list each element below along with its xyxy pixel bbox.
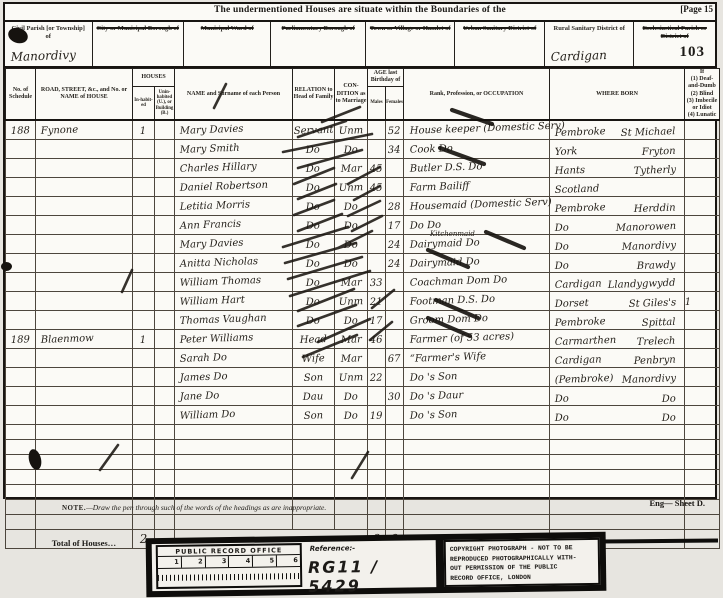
born-county: Hants [555,165,586,177]
cell-relation: Do [293,197,335,216]
cell-condition: Do [335,387,368,406]
cell-disability [685,330,720,349]
district-cell-label: City or Municipal Borough of [97,25,179,33]
cell-where-born: HantsTytherly [550,159,685,178]
ruler-number: 6 [277,555,300,566]
empty-cell [386,425,404,440]
where-born-wrap: CardiganPenbryn [550,356,684,367]
col-header-schedule: No. of Schedule [6,69,36,121]
cell-age-female: 30 [386,387,404,406]
born-county: Do [555,261,569,272]
ruler-number: 2 [182,556,206,567]
empty-cell [368,440,386,455]
totals-schedule-cell [6,530,36,549]
cell-name-text: William Thomas [175,275,262,289]
cell-address [36,406,133,425]
cell-disability [685,140,720,159]
cell-inhabited [133,140,155,159]
cell-address [36,349,133,368]
empty-cell [404,440,550,455]
person-row: Sarah DoWifeMar67“Farmer's WifeCardiganP… [6,349,720,368]
cell-name-text: Ann Francis [175,219,242,232]
cell-schedule [6,178,36,197]
cell-age-male-text: 22 [370,373,383,384]
cell-age-female: 52 [386,120,404,140]
col-header-disability: If(1) Deaf-and-Dumb(2) Blind(3) Imbecile… [685,69,720,121]
empty-cell [550,440,685,455]
cell-age-male [368,349,386,368]
col-header-inhabited: In-habit-ed [133,98,154,109]
cell-address [36,273,133,292]
cell-disability [685,349,720,368]
cell-address-text: Blaenmow [36,333,94,346]
empty-cell [293,425,335,440]
cell-inhabited [133,311,155,330]
empty-cell [550,425,685,440]
cell-relation-text: Dau [303,392,324,404]
empty-cell [404,455,550,470]
empty-cell [6,515,36,530]
empty-cell [404,470,550,485]
empty-cell [685,425,720,440]
empty-cell [6,485,36,500]
cell-age-female: 17 [386,216,404,235]
cell-address [36,254,133,273]
reference-label: Reference:- [310,544,355,553]
cell-name-text: William Do [175,409,236,422]
occupation-text: Coachman Dom Do [404,275,508,290]
cell-uninhabited [155,254,175,273]
cell-age-female [386,330,404,349]
cell-where-born: DoBrawdy [550,254,685,273]
cell-condition-text: Mar [340,354,361,366]
cell-condition-text: Do [344,221,358,232]
cell-schedule [6,197,36,216]
cell-where-born: Scotland [550,178,685,197]
census-page: { "page": { "title": "The undermentioned… [0,0,723,598]
cell-address [36,387,133,406]
empty-cell [133,425,155,440]
cell-condition: Do [335,140,368,159]
cell-name: William Do [175,406,293,425]
empty-cell [386,515,404,530]
col-header-where-born: WHERE BORN [550,69,685,121]
pro-ruler-box: PUBLIC RECORD OFFICE 123456 [156,543,303,589]
empty-cell [685,440,720,455]
cell-name: Thomas Vaughan [175,311,293,330]
empty-cell [155,425,175,440]
cell-inhabited: 1 [133,120,155,140]
cell-occupation: Butler D.S. Do [404,159,550,178]
cell-relation: Do [293,254,335,273]
cell-schedule: 188 [6,120,36,140]
where-born-wrap: YorkFryton [550,147,684,158]
cell-disability [685,235,720,254]
cell-relation: Servant [293,120,335,140]
empty-cell [404,515,550,530]
cell-inhabited-text: 1 [140,335,147,346]
cell-condition: Do [335,235,368,254]
ink-blot [1,262,12,271]
cell-address [36,178,133,197]
cell-name-text: Mary Davies [175,238,244,251]
empty-cell [368,455,386,470]
cell-where-born: PembrokeSt Michael [550,120,685,140]
cell-age-male-text: 45 [370,164,383,175]
district-cell-value: 103 [680,43,706,62]
born-place: Brawdy [637,260,676,272]
cell-address: Fynone [36,120,133,140]
cell-disability [685,120,720,140]
person-row: William DoSonDo19Do 's SonDoDo [6,406,720,425]
disability-header-line: (3) Imbecile or Idiot [685,98,719,112]
person-row: Anitta NicholasDoDo24Dairymaid DoDoBrawd… [6,254,720,273]
cell-condition: Do [335,311,368,330]
cell-age-female: 28 [386,197,404,216]
cell-inhabited [133,368,155,387]
person-row: James DoSonUnm22Do 's Son(Pembroke)Manor… [6,368,720,387]
cell-age-male: 45 [368,159,386,178]
cell-age-male-text: 17 [370,316,383,327]
empty-cell [175,470,293,485]
cell-schedule [6,406,36,425]
empty-cell [386,455,404,470]
cell-inhabited [133,235,155,254]
occupation-text: Do 's Son [404,409,458,422]
cell-where-born: DoDo [550,387,685,406]
col-header-occupation: Rank, Profession, or OCCUPATION [404,69,550,121]
cell-age-male [368,387,386,406]
empty-cell [175,485,293,500]
empty-cell [550,455,685,470]
col-header-age: AGE last Birthday of [368,69,404,87]
cell-name-text: William Hart [175,295,245,308]
born-place: St Giles's [628,298,676,311]
cell-name-text: Daniel Robertson [175,180,269,194]
empty-cell [155,485,175,500]
cell-schedule [6,311,36,330]
cell-age-male: 22 [368,368,386,387]
person-row: William HartDoUnm21Footman D.S. DoDorset… [6,292,720,311]
cell-name: William Thomas [175,273,293,292]
cell-age-male [368,216,386,235]
occupation-text: Cook Do [404,144,453,157]
cell-relation: Wife [293,349,335,368]
empty-cell [133,485,155,500]
born-place: Penbryn [634,355,676,367]
cell-relation-text: Do [306,183,320,194]
cell-address [36,197,133,216]
cell-condition-text: Do [344,316,358,327]
cell-address [36,140,133,159]
ruler-number: 1 [158,557,182,568]
district-cell-value: Manordivy [10,48,76,65]
cell-disability [685,159,720,178]
disability-header-line: (1) Deaf-and-Dumb [685,76,719,90]
empty-cell [293,485,335,500]
cell-inhabited [133,349,155,368]
person-row: Daniel RobertsonDoUnm45Farm BailiffScotl… [6,178,720,197]
col-header-uninhabited: Unin-habited (U.), or Building (B.) [155,90,174,116]
cell-address [36,311,133,330]
cell-name: Anitta Nicholas [175,254,293,273]
occupation-text: Dairymaid Do [404,257,480,271]
district-cell: Parliamentary Borough of [271,22,365,66]
cell-condition: Mar [335,330,368,349]
cell-condition-text: Mar [340,335,361,347]
empty-cell [386,470,404,485]
district-cell: Town or Village or Hamlet of [366,22,456,66]
cell-schedule [6,292,36,311]
born-county: Cardigan [555,279,602,292]
cell-age-female-text: 34 [388,145,401,156]
cell-occupation: Farmer (of 53 acres) [404,330,550,349]
empty-cell [685,470,720,485]
cell-relation: Do [293,216,335,235]
cell-name-text: Letitia Morris [175,200,251,214]
empty-cell [404,500,550,515]
cell-schedule-text: 188 [11,126,30,138]
cell-inhabited [133,387,155,406]
empty-row [6,455,720,470]
pro-stamp-strip: PUBLIC RECORD OFFICE 123456 Reference:- … [146,532,607,597]
person-row: Ann FrancisDoDo17Do DoDoManorowen [6,216,720,235]
cell-schedule [6,235,36,254]
cell-address [36,159,133,178]
cell-occupation: Footman D.S. Do [404,292,550,311]
district-cell: Rural Sanitary District ofCardigan [545,22,635,66]
empty-cell [175,455,293,470]
cell-uninhabited [155,216,175,235]
empty-cell [368,425,386,440]
where-born-wrap: HantsTytherly [550,166,684,177]
person-row: Jane DoDauDo30Do 's DaurDoDo [6,387,720,406]
empty-cell [335,515,368,530]
born-place: Manorowen [615,221,676,234]
cell-relation: Do [293,159,335,178]
cell-disability [685,387,720,406]
cell-age-female-text: 67 [388,354,401,365]
cell-occupation: “Farmer's Wife [404,349,550,368]
footnote-prefix: NOTE. [62,504,86,512]
cell-where-born: CardiganPenbryn [550,349,685,368]
cell-condition: Do [335,254,368,273]
cell-age-female [386,406,404,425]
cell-age-male: 17 [368,311,386,330]
where-born-wrap: PembrokeHerddin [550,204,684,215]
form-title: The undermentioned Houses are situate wi… [5,5,715,15]
cell-relation-text: Do [306,297,320,308]
person-row: 188Fynone1Mary DaviesServantUnm52House k… [6,120,720,140]
census-sheet: The undermentioned Houses are situate wi… [3,2,717,499]
cell-age-female-text: 52 [388,126,401,137]
cell-occupation: Do Do [404,216,550,235]
empty-cell [368,500,386,515]
cell-disability [685,368,720,387]
cell-condition-text: Do [344,240,358,251]
born-county: Scotland [555,184,600,197]
occupation-text: House keeper (Domestic Serv) [404,121,565,138]
cell-relation: Do [293,235,335,254]
cell-occupation: Housemaid (Domestic Serv) [404,197,550,216]
copyright-box: COPYRIGHT PHOTOGRAPH - NOT TO BEREPRODUC… [444,538,601,587]
born-county: Cardigan [555,355,602,368]
occupation-text: Farm Bailiff [404,181,470,194]
cell-name: Mary Davies [175,120,293,140]
born-place: Do [662,394,676,405]
empty-cell [550,515,685,530]
cell-condition-text: Unm [338,296,363,308]
empty-cell [685,515,720,530]
cell-condition-text: Do [344,411,358,422]
cell-condition-text: Unm [338,182,363,194]
cell-name-text: Jane Do [175,391,220,404]
cell-condition-text: Mar [340,164,361,176]
cell-schedule [6,216,36,235]
cell-inhabited [133,159,155,178]
ruler-number: 5 [253,555,277,566]
district-header-row: Civil Parish [or Township] ofManordivyCi… [5,22,715,68]
district-cell-label: Rural Sanitary District of [554,25,625,33]
cell-age-male: 46 [368,330,386,349]
where-born-wrap: PembrokeSt Michael [550,128,684,139]
cell-condition-text: Do [344,145,358,156]
table-header: No. of Schedule ROAD, STREET, &c., and N… [6,69,720,121]
born-county: Do [555,394,569,405]
cell-condition-text: Mar [340,278,361,290]
cell-uninhabited [155,311,175,330]
person-row: Charles HillaryDoMar45Butler D.S. DoHant… [6,159,720,178]
cell-uninhabited [155,292,175,311]
cell-relation-text: Head [300,334,327,346]
table-body: 188Fynone1Mary DaviesServantUnm52House k… [6,120,720,530]
col-header-males: Males [368,100,385,105]
cell-relation-text: Do [306,164,320,175]
cell-age-male: 21 [368,292,386,311]
cell-inhabited [133,406,155,425]
cell-condition: Unm [335,368,368,387]
cell-condition: Unm [335,292,368,311]
cell-condition-text: Do [344,202,358,213]
born-place: Herddin [634,203,676,215]
cell-where-born: DoManorowen [550,216,685,235]
cell-age-male-text: 19 [370,411,383,422]
census-table: No. of Schedule ROAD, STREET, &c., and N… [5,68,720,549]
cell-address [36,368,133,387]
where-born-wrap: CardiganLlandygwydd [550,280,684,291]
cell-age-female [386,292,404,311]
cell-occupation: KitchenmaidDairymaid Do [404,235,550,254]
cell-relation-text: Do [306,259,320,270]
title-bar: The undermentioned Houses are situate wi… [5,4,715,22]
where-born-wrap: DoDo [550,394,684,405]
cell-condition: Mar [335,273,368,292]
cell-relation: Do [293,273,335,292]
empty-cell [293,470,335,485]
cell-occupation: Farm Bailiff [404,178,550,197]
district-cell: Municipal Ward of [184,22,272,66]
born-place: Spittal [642,317,676,329]
where-born-wrap: (Pembroke)Manordivy [550,375,684,386]
cell-condition: Unm [335,120,368,140]
born-county: York [555,147,578,159]
born-county: Pembroke [555,317,606,330]
cell-where-born: DoManordivy [550,235,685,254]
cell-name: James Do [175,368,293,387]
cell-uninhabited [155,406,175,425]
cell-relation-text: Do [306,240,320,251]
col-header-houses: HOUSES [133,69,175,87]
empty-cell [36,440,133,455]
person-row: Mary DaviesDoDo24KitchenmaidDairymaid Do… [6,235,720,254]
person-row: Thomas VaughanDoDo17Groom Dom DoPembroke… [6,311,720,330]
district-cell-label: Municipal Ward of [201,25,254,33]
cell-relation: Do [293,292,335,311]
cell-disability [685,178,720,197]
ruler-number: 4 [229,556,253,567]
cell-relation: Son [293,368,335,387]
cell-age-female [386,311,404,330]
cell-age-female [386,178,404,197]
cell-name: Charles Hillary [175,159,293,178]
occupation-text: “Farmer's Wife [404,351,487,365]
person-row: William ThomasDoMar33Coachman Dom DoCard… [6,273,720,292]
cell-uninhabited [155,159,175,178]
cell-condition-text: Unm [338,125,363,137]
empty-row [6,485,720,500]
empty-cell [6,500,36,515]
cell-occupation: Coachman Dom Do [404,273,550,292]
cell-occupation: Do 's Daur [404,387,550,406]
cell-disability: 1 [685,292,720,311]
cell-condition-text: Unm [338,372,363,384]
cell-occupation: Groom Dom Do [404,311,550,330]
empty-cell [335,500,368,515]
cell-name-text: James Do [175,371,228,384]
col-header-road: ROAD, STREET, &c., and No. or NAME of HO… [36,69,133,121]
cell-disability [685,216,720,235]
sheet-label: Eng— Sheet D. [650,498,706,508]
empty-cell [685,455,720,470]
cell-age-male-text: 33 [370,278,383,289]
cell-inhabited [133,273,155,292]
born-county: Do [555,223,569,234]
empty-cell [550,470,685,485]
cell-schedule-text: 189 [11,335,30,347]
cell-condition: Unm [335,178,368,197]
cell-age-female: 24 [386,235,404,254]
cell-name: Jane Do [175,387,293,406]
copyright-line: RECORD OFFICE, LONDON [450,572,596,584]
cell-occupation: Do 's Son [404,406,550,425]
cell-age-male [368,140,386,159]
cell-age-female-text: 24 [388,240,401,251]
district-cell-label: Ecclesiastical Parish or District of [638,25,712,41]
empty-cell [335,455,368,470]
cell-inhabited: 1 [133,330,155,349]
cell-disability-text: 1 [685,297,692,308]
where-born-wrap: DoBrawdy [550,261,684,272]
empty-cell [293,455,335,470]
empty-cell [36,455,133,470]
empty-cell [155,455,175,470]
cell-uninhabited [155,349,175,368]
cell-uninhabited [155,178,175,197]
born-place: Do [662,413,676,424]
cell-address [36,216,133,235]
cell-name: Peter Williams [175,330,293,349]
totals-houses-label-cell: Total of Houses… [36,530,133,549]
